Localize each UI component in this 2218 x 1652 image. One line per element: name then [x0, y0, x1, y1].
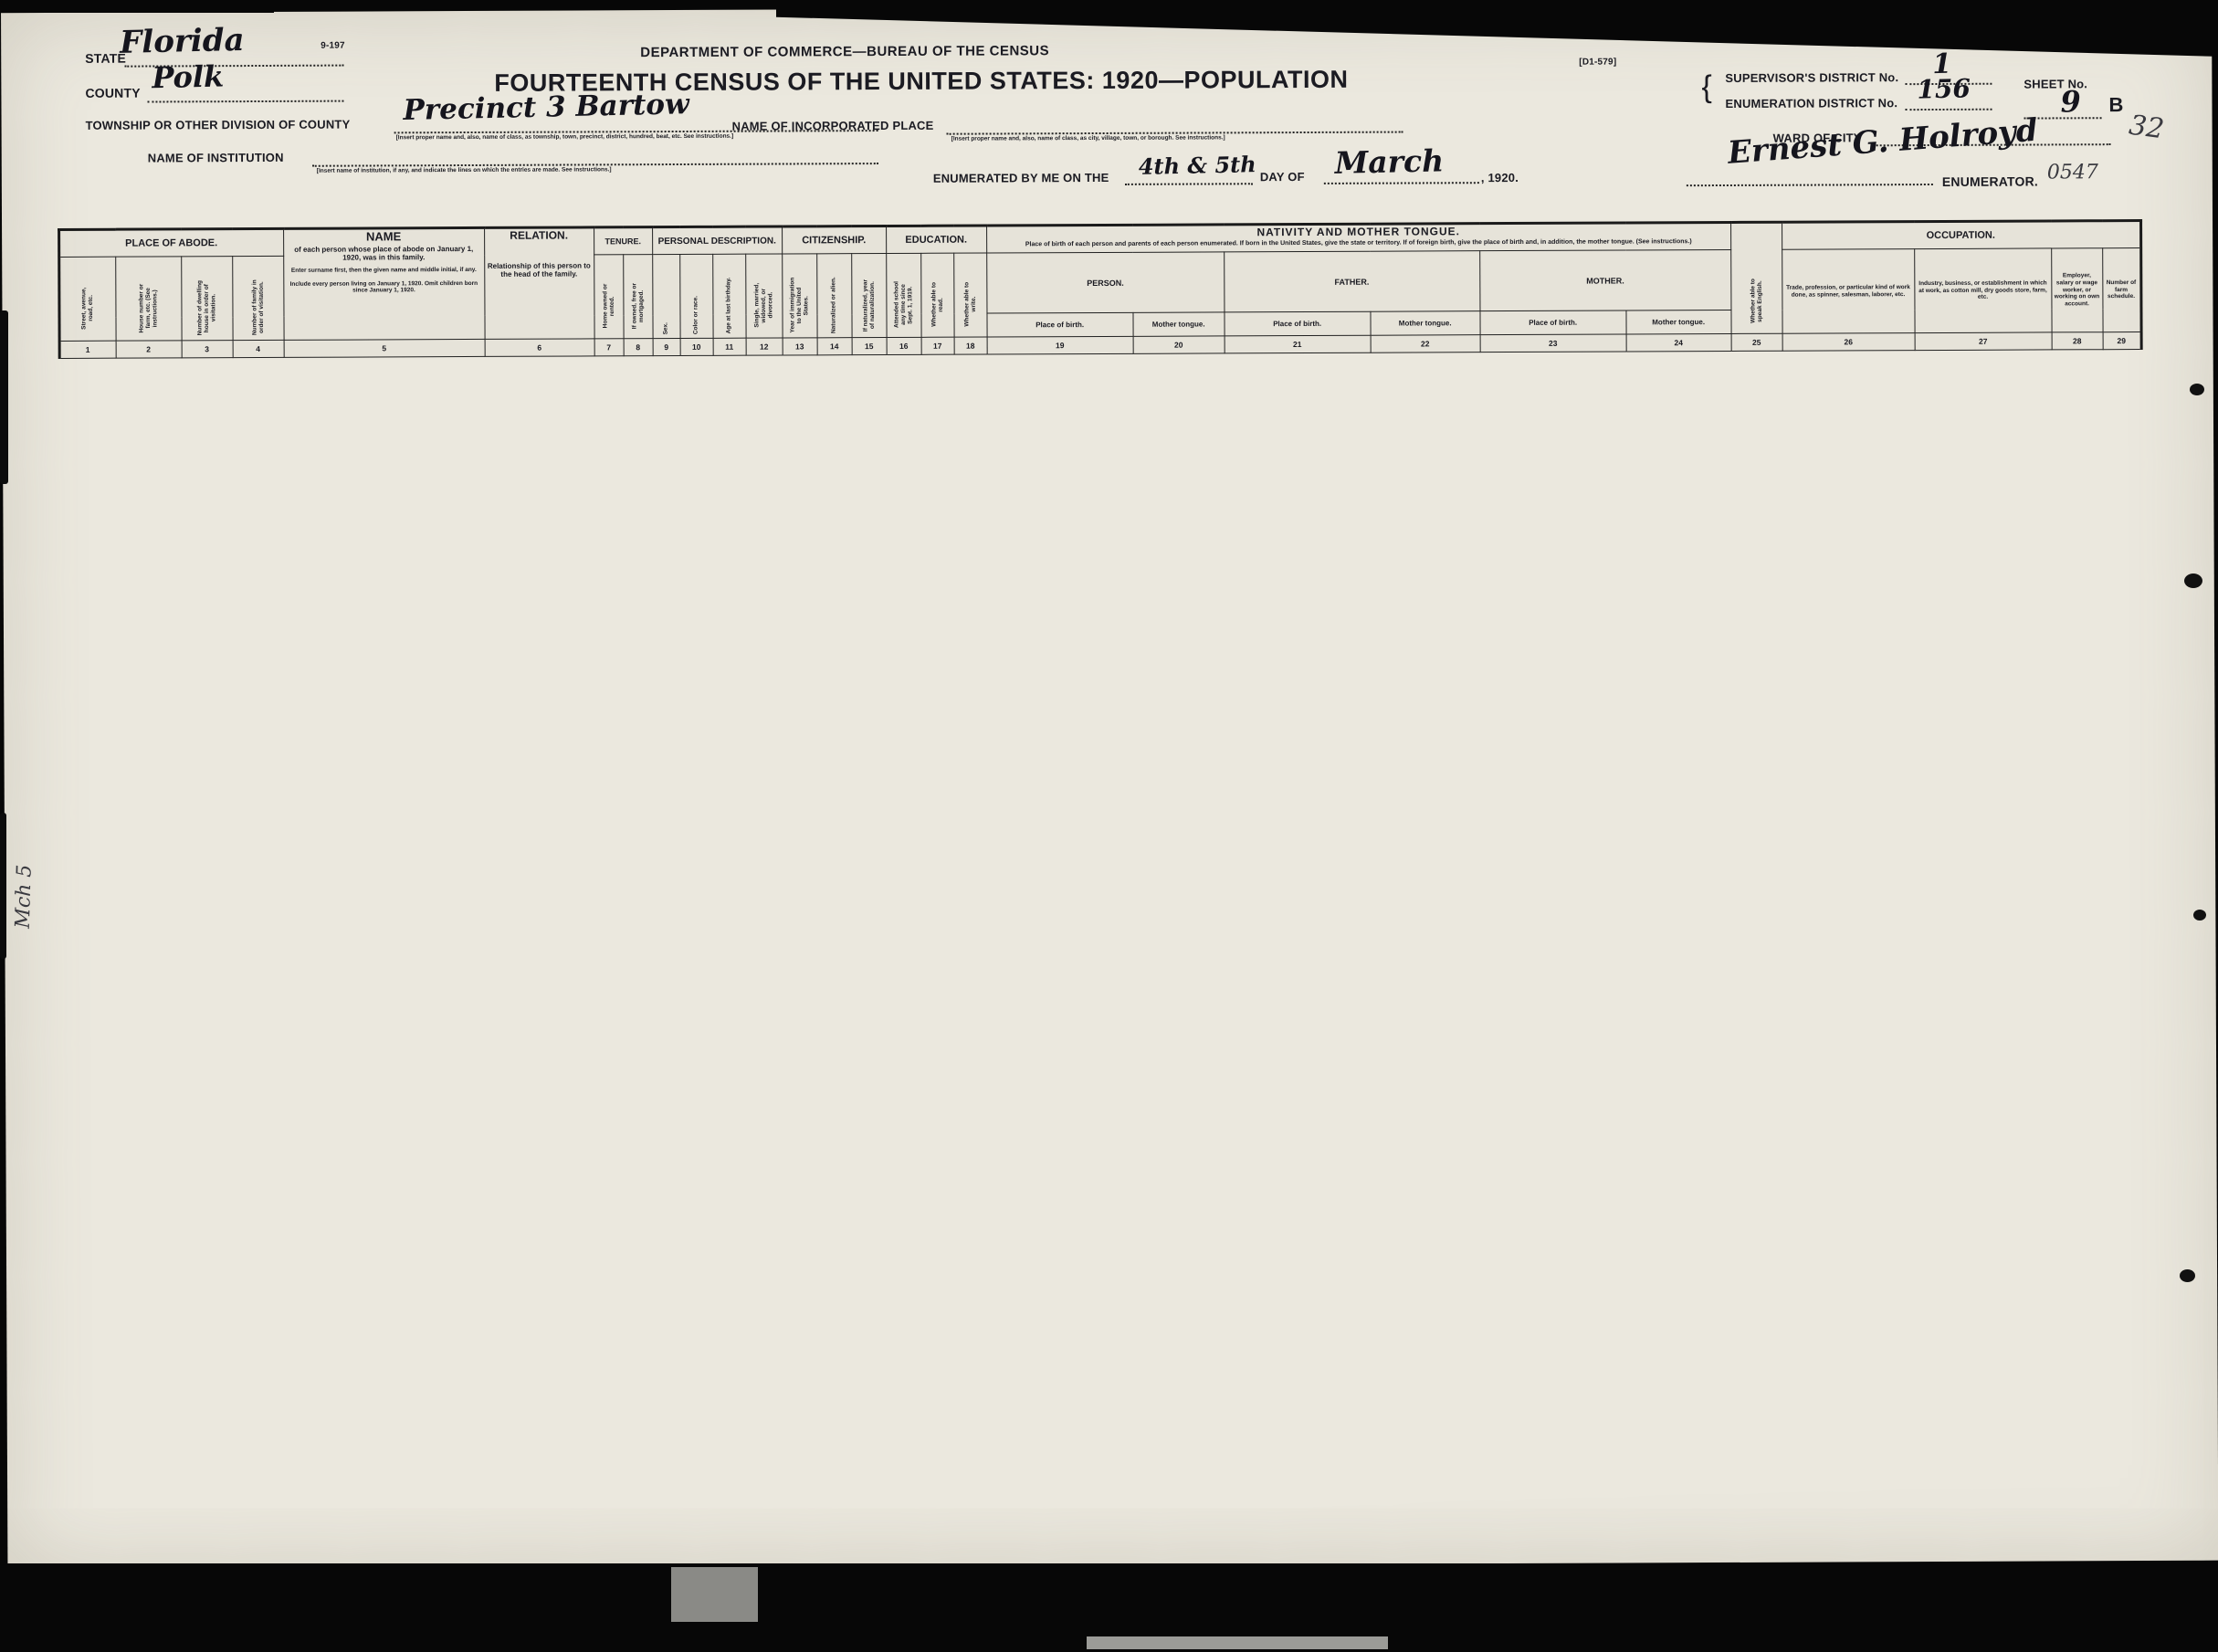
enumeration-value: 156: [1917, 73, 1971, 104]
census-table: PLACE OF ABODE. NAME of each person whos…: [13, 219, 2200, 359]
column-number: 2: [116, 341, 182, 358]
col-marital: Single, married, widowed, or divorced.: [745, 254, 782, 338]
col-attended-school: Attended school any time since Sept. 1, …: [886, 253, 920, 337]
col-father-tongue: Mother tongue.: [1371, 311, 1480, 336]
group-education: EDUCATION.: [886, 226, 986, 253]
incorporated-note: [Insert proper name and, also, name of c…: [951, 134, 1408, 142]
ink-blot: [2193, 910, 2206, 921]
name-sub1: of each person whose place of abode on J…: [286, 245, 482, 262]
enumerator-label: ENUMERATOR.: [1942, 174, 2038, 188]
sheet-letter: B: [2108, 93, 2123, 117]
brace: {: [1701, 69, 1712, 105]
row-number-gutter-left: [13, 229, 59, 358]
institution-note: [Insert name of institution, if any, and…: [317, 165, 883, 174]
col-able-read: Whether able to read.: [920, 253, 953, 337]
col-naturalized: Naturalized or alien.: [816, 254, 851, 338]
col-age: Age at last birthday.: [712, 254, 745, 338]
group-nativity: NATIVITY AND MOTHER TONGUE. Place of bir…: [986, 222, 1730, 253]
pencil-note-mch5: Mch 5: [12, 864, 37, 929]
col-immigration-year: Year of immigration to the United States…: [782, 254, 816, 338]
ink-blot: [2190, 384, 2204, 395]
col-sex: Sex.: [652, 254, 679, 338]
pencil-note-0547: 0547: [2047, 161, 2098, 184]
group-name: NAME of each person whose place of abode…: [283, 227, 485, 340]
col-industry: Industry, business, or establishment in …: [1914, 248, 2051, 333]
scan-artifact: [1087, 1636, 1388, 1649]
col-color-race: Color or race.: [679, 254, 712, 338]
township-note: [Insert proper name and, also, name of c…: [396, 132, 889, 141]
column-number: 10: [680, 338, 713, 355]
dept-line: DEPARTMENT OF COMMERCE—BUREAU OF THE CEN…: [640, 43, 1049, 60]
col-house-number: House number or farm, etc. (See instruct…: [115, 257, 181, 341]
name-title: NAME: [286, 229, 482, 244]
nativity-note: Place of birth of each person and parent…: [989, 238, 1729, 248]
row-number-gutter-right: [2140, 220, 2200, 349]
column-number: 1: [59, 341, 116, 358]
enumerated-label-1: ENUMERATED BY ME ON THE: [933, 171, 1109, 185]
column-number: 21: [1225, 335, 1371, 353]
group-tenure: TENURE.: [594, 227, 652, 255]
scan-artifact: [671, 1567, 758, 1622]
group-place-of-abode: PLACE OF ABODE.: [58, 228, 283, 257]
col-speak-english: Whether able to speak English.: [1730, 222, 1782, 333]
col-trade: Trade, profession, or particular kind of…: [1782, 249, 1914, 334]
column-number: 9: [653, 338, 680, 355]
relation-sub: Relationship of this person to the head …: [487, 261, 592, 279]
col-naturalization-year: If naturalized, year of naturalization.: [851, 254, 886, 338]
enumeration-label: ENUMERATION DISTRICT No.: [1725, 96, 1897, 110]
col-street: Street, avenue, road, etc.: [58, 257, 115, 341]
col-free-mortgaged: If owned, free or mortgaged.: [623, 255, 652, 339]
enumerated-day: 4th & 5th: [1138, 151, 1256, 180]
col-employment-class: Employer, salary or wage worker, or work…: [2051, 248, 2102, 332]
incorporated-label: NAME OF INCORPORATED PLACE: [732, 119, 934, 133]
group-occupation: OCCUPATION.: [1782, 221, 2140, 250]
column-number: 8: [624, 339, 653, 356]
census-scan: 9-197 STATE Florida COUNTY Polk TOWNSHIP…: [0, 0, 2218, 1652]
column-number: 20: [1133, 336, 1225, 353]
col-mother-tongue: Mother tongue.: [1626, 310, 1731, 334]
group-citizenship: CITIZENSHIP.: [782, 226, 886, 254]
township-label: TOWNSHIP OR OTHER DIVISION OF COUNTY: [86, 118, 351, 132]
col-family-number: Number of family in order of visitation.: [232, 256, 283, 340]
county-label: COUNTY: [85, 86, 140, 100]
state-value: Florida: [120, 22, 245, 61]
column-number: 13: [783, 338, 817, 355]
scan-artifact: [0, 310, 8, 484]
name-sub2: Enter surname first, then the given name…: [286, 267, 482, 274]
col-father-pob: Place of birth.: [1225, 311, 1371, 336]
subgroup-mother: MOTHER.: [1479, 249, 1730, 310]
column-number: 24: [1626, 333, 1731, 352]
column-number: 17: [921, 337, 954, 354]
institution-label: NAME OF INSTITUTION: [148, 151, 284, 165]
group-relation: RELATION. Relationship of this person to…: [484, 227, 594, 340]
form-number: 9-197: [321, 41, 345, 51]
col-person-pob: Place of birth.: [987, 312, 1133, 337]
column-number: 22: [1371, 335, 1480, 353]
sheet-value: 9: [2060, 84, 2081, 119]
ink-blot: [2180, 1269, 2195, 1282]
col-able-write: Whether able to write.: [953, 253, 986, 337]
column-number: 5: [284, 339, 485, 357]
column-number: 3: [182, 341, 233, 358]
scan-artifact: [0, 813, 6, 959]
scan-artifact: [0, 0, 274, 13]
relation-title: RELATION.: [487, 228, 592, 242]
subgroup-person: PERSON.: [986, 252, 1224, 313]
column-number: 29: [2103, 332, 2141, 350]
enumerator-signature: Ernest G. Holroyd: [1727, 112, 2039, 172]
subgroup-father: FATHER.: [1224, 251, 1479, 312]
column-number: 27: [1915, 332, 2052, 351]
page-title: FOURTEENTH CENSUS OF THE UNITED STATES: …: [494, 66, 1348, 98]
column-number: 11: [713, 338, 746, 355]
column-number: 14: [817, 338, 852, 355]
column-number: 23: [1480, 334, 1626, 352]
column-number: 16: [887, 337, 921, 354]
pencil-note-32: 32: [2127, 110, 2166, 146]
col-farm-schedule: Number of farm schedule.: [2102, 248, 2140, 332]
column-number: 15: [852, 338, 887, 355]
column-number: 12: [746, 338, 783, 355]
county-value: Polk: [152, 58, 225, 95]
col-owned-rented: Home owned or rented.: [594, 255, 623, 339]
enumerated-label-2: DAY OF: [1260, 170, 1305, 184]
name-sub3: Include every person living on January 1…: [286, 280, 482, 294]
supervisor-label: SUPERVISOR'S DISTRICT No.: [1725, 70, 1898, 85]
column-number: 7: [594, 339, 624, 356]
column-number: 28: [2052, 332, 2103, 350]
col-dwelling-number: Number of dwelling house in order of vis…: [181, 257, 232, 341]
column-number: 18: [954, 337, 987, 354]
column-number: 26: [1782, 333, 1915, 352]
enumerated-year: , 1920.: [1481, 171, 1519, 184]
nativity-title: NATIVITY AND MOTHER TONGUE.: [989, 224, 1729, 240]
group-personal: PERSONAL DESCRIPTION.: [652, 226, 782, 255]
column-number: 19: [987, 336, 1133, 354]
column-number: 25: [1731, 333, 1782, 351]
ink-blot: [2184, 573, 2202, 588]
enumerated-month: March: [1334, 142, 1444, 181]
column-number: 4: [233, 340, 284, 357]
col-person-tongue: Mother tongue.: [1133, 312, 1225, 336]
column-number: 6: [485, 339, 594, 357]
col-mother-pob: Place of birth.: [1480, 310, 1626, 335]
census-sheet: 9-197 STATE Florida COUNTY Polk TOWNSHIP…: [1, 4, 2218, 1571]
plate-code: [D1-579]: [1579, 58, 1616, 68]
